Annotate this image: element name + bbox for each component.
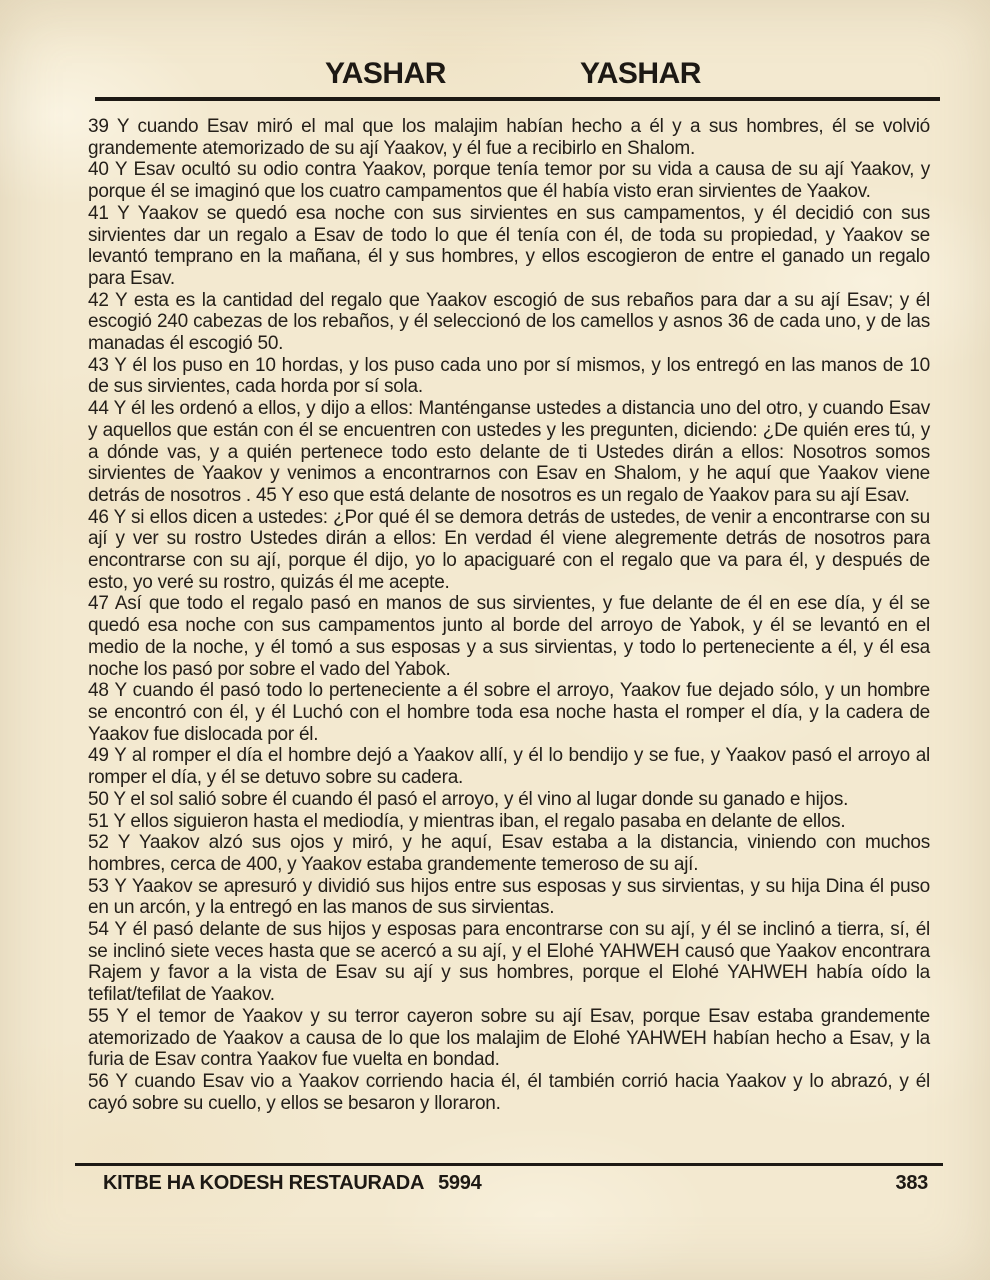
verse-paragraph: 48 Y cuando él pasó todo lo pertenecient…	[88, 680, 930, 745]
verse-text: Y él pasó delante de sus hijos y esposas…	[88, 919, 930, 1005]
verse-text: Así que todo el regalo pasó en manos de …	[88, 593, 930, 679]
verse-number: 40	[88, 159, 109, 180]
verse-number: 54	[88, 919, 109, 940]
running-head-left: YASHAR	[325, 57, 446, 91]
verse-paragraph: 54 Y él pasó delante de sus hijos y espo…	[88, 919, 930, 1006]
verse-text: Y Esav ocultó su odio contra Yaakov, por…	[88, 159, 930, 202]
verse-number: 52	[88, 832, 109, 853]
verse-text: Y esta es la cantidad del regalo que Yaa…	[88, 290, 930, 354]
footer-year: 5994	[438, 1172, 481, 1195]
verse-text: Y al romper el día el hombre dejó a Yaak…	[88, 745, 930, 788]
verse-paragraph: 41 Y Yaakov se quedó esa noche con sus s…	[88, 203, 930, 290]
verse-text: Y Yaakov se quedó esa noche con sus sirv…	[88, 203, 930, 289]
verse-paragraph: 53 Y Yaakov se apresuró y dividió sus hi…	[88, 876, 930, 919]
running-head-right: YASHAR	[580, 57, 701, 91]
verse-number: 42	[88, 290, 109, 311]
verse-paragraph: 43 Y él los puso en 10 hordas, y los pus…	[88, 355, 930, 398]
verse-paragraph: 40 Y Esav ocultó su odio contra Yaakov, …	[88, 159, 930, 202]
page-number: 383	[896, 1172, 928, 1195]
verse-paragraph: 49 Y al romper el día el hombre dejó a Y…	[88, 745, 930, 788]
verse-paragraph: 56 Y cuando Esav vio a Yaakov corriendo …	[88, 1071, 930, 1114]
verse-text: Y el sol salió sobre él cuando él pasó e…	[113, 789, 848, 810]
verse-number: 50	[88, 789, 109, 810]
scanned-page: YASHAR YASHAR 39 Y cuando Esav miró el m…	[0, 0, 990, 1280]
verse-paragraph: 46 Y si ellos dicen a ustedes: ¿Por qué …	[88, 507, 930, 594]
verse-paragraph: 39 Y cuando Esav miró el mal que los mal…	[88, 116, 930, 159]
verse-paragraph: 44 Y él les ordenó a ellos, y dijo a ell…	[88, 398, 930, 507]
verse-number: 46	[88, 507, 109, 528]
verse-list: 39 Y cuando Esav miró el mal que los mal…	[88, 116, 930, 1114]
verse-number: 48	[88, 680, 109, 701]
verse-number: 44	[88, 398, 109, 419]
verse-text: Y cuando él pasó todo lo perteneciente a…	[88, 680, 930, 744]
verse-text: Y Yaakov alzó sus ojos y miró, y he aquí…	[88, 832, 930, 875]
verse-paragraph: 52 Y Yaakov alzó sus ojos y miró, y he a…	[88, 832, 930, 875]
verse-number: 55	[88, 1006, 109, 1027]
verse-number: 56	[88, 1071, 109, 1092]
verse-text: Y ellos siguieron hasta el mediodía, y m…	[113, 811, 845, 832]
verse-text: Y cuando Esav miró el mal que los malaji…	[88, 116, 930, 159]
verse-number: 51	[88, 811, 109, 832]
verse-paragraph: 47 Así que todo el regalo pasó en manos …	[88, 593, 930, 680]
verse-number: 41	[88, 203, 109, 224]
verse-text: Y él les ordenó a ellos, y dijo a ellos:…	[88, 398, 930, 506]
verse-paragraph: 55 Y el temor de Yaakov y su terror caye…	[88, 1006, 930, 1071]
header-rule	[95, 97, 940, 101]
verse-number: 47	[88, 593, 109, 614]
footer-rule	[75, 1163, 943, 1166]
verse-number: 49	[88, 745, 109, 766]
footer-book-title: KITBE HA KODESH RESTAURADA 5994	[103, 1172, 481, 1195]
verse-text: Y él los puso en 10 hordas, y los puso c…	[88, 355, 930, 398]
verse-number: 43	[88, 355, 109, 376]
verse-text: Y el temor de Yaakov y su terror cayeron…	[88, 1006, 930, 1070]
footer-book-label: KITBE HA KODESH RESTAURADA	[103, 1172, 424, 1195]
verse-paragraph: 42 Y esta es la cantidad del regalo que …	[88, 290, 930, 355]
verse-number: 53	[88, 876, 109, 897]
verse-paragraph: 51 Y ellos siguieron hasta el mediodía, …	[88, 811, 930, 833]
verse-number: 39	[88, 116, 109, 137]
verse-text: Y cuando Esav vio a Yaakov corriendo hac…	[88, 1071, 930, 1114]
verse-paragraph: 50 Y el sol salió sobre él cuando él pas…	[88, 789, 930, 811]
page-footer: KITBE HA KODESH RESTAURADA 5994 383	[103, 1172, 928, 1195]
verse-text: Y Yaakov se apresuró y dividió sus hijos…	[88, 876, 930, 919]
verse-text: Y si ellos dicen a ustedes: ¿Por qué él …	[88, 507, 930, 593]
